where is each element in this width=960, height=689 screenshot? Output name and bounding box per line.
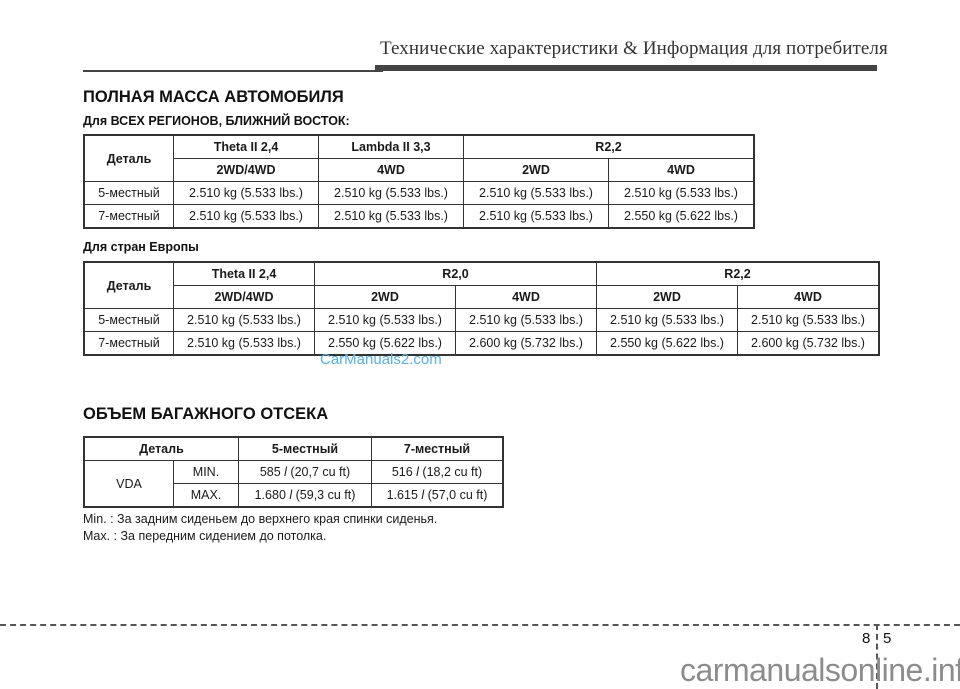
- cell-value: 2.510 kg (5.533 lbs.): [597, 309, 738, 332]
- note-max: Max. : За передним сидением до потолка.: [83, 529, 326, 543]
- drive-header: 4WD: [456, 286, 597, 309]
- column-header: 5-местный: [239, 437, 372, 461]
- drive-header: 4WD: [609, 159, 755, 182]
- table-row: VDA MIN. 585 l (20,7 cu ft) 516 l (18,2 …: [84, 461, 503, 484]
- cell-value: 585 l (20,7 cu ft): [239, 461, 372, 484]
- table-row: 7-местный 2.510 kg (5.533 lbs.) 2.510 kg…: [84, 205, 754, 229]
- cell-value: 2.510 kg (5.533 lbs.): [738, 309, 880, 332]
- drive-header: 2WD/4WD: [174, 286, 315, 309]
- weight-table-all-regions: Деталь Theta II 2,4 Lambda II 3,3 R2,2 2…: [83, 134, 755, 229]
- row-header: Деталь: [84, 437, 239, 461]
- cell-value: 516 l (18,2 cu ft): [372, 461, 504, 484]
- drive-header: 2WD/4WD: [174, 159, 319, 182]
- cell-value: 2.510 kg (5.533 lbs.): [464, 182, 609, 205]
- engine-header: Lambda II 3,3: [319, 135, 464, 159]
- row-label: 7-местный: [84, 205, 174, 229]
- cell-value: 2.510 kg (5.533 lbs.): [174, 309, 315, 332]
- row-header: Деталь: [84, 262, 174, 309]
- cell-value: 1.680 l (59,3 cu ft): [239, 484, 372, 508]
- table-row: 5-местный 2.510 kg (5.533 lbs.) 2.510 kg…: [84, 309, 879, 332]
- table1-caption: Для ВСЕХ РЕГИОНОВ, БЛИЖНИЙ ВОСТОК:: [83, 114, 350, 128]
- cell-value: 2.510 kg (5.533 lbs.): [464, 205, 609, 229]
- luggage-title: ОБЪЕМ БАГАЖНОГО ОТСЕКА: [83, 405, 328, 424]
- cell-value: 2.550 kg (5.622 lbs.): [597, 332, 738, 356]
- row-label: 5-местный: [84, 182, 174, 205]
- engine-header: R2,2: [597, 262, 880, 286]
- cell-value: 2.600 kg (5.732 lbs.): [456, 332, 597, 356]
- section-header-title: Технические характеристики & Информация …: [380, 38, 877, 60]
- engine-header: R2,0: [315, 262, 597, 286]
- table-row: 7-местный 2.510 kg (5.533 lbs.) 2.550 kg…: [84, 332, 879, 356]
- cell-value: 2.510 kg (5.533 lbs.): [174, 205, 319, 229]
- drive-header: 2WD: [464, 159, 609, 182]
- row-header: Деталь: [84, 135, 174, 182]
- drive-header: 4WD: [319, 159, 464, 182]
- note-min: Min. : За задним сиденьем до верхнего кр…: [83, 512, 437, 526]
- footer-dashed-rule: [0, 624, 960, 626]
- chapter-number: 8: [862, 630, 870, 647]
- cell-value: 2.510 kg (5.533 lbs.): [174, 332, 315, 356]
- table-row: 5-местный 2.510 kg (5.533 lbs.) 2.510 kg…: [84, 182, 754, 205]
- weight-table-europe: Деталь Theta II 2,4 R2,0 R2,2 2WD/4WD 2W…: [83, 261, 880, 356]
- row-label: MAX.: [174, 484, 239, 508]
- page-number: 5: [883, 630, 891, 647]
- cell-value: 2.510 kg (5.533 lbs.): [174, 182, 319, 205]
- cell-value: 2.510 kg (5.533 lbs.): [319, 205, 464, 229]
- cell-value: 2.510 kg (5.533 lbs.): [315, 309, 456, 332]
- cell-value: 2.510 kg (5.533 lbs.): [319, 182, 464, 205]
- cell-value: 2.510 kg (5.533 lbs.): [456, 309, 597, 332]
- drive-header: 4WD: [738, 286, 880, 309]
- row-label: 7-местный: [84, 332, 174, 356]
- cell-value: 2.510 kg (5.533 lbs.): [609, 182, 755, 205]
- engine-header: R2,2: [464, 135, 755, 159]
- cell-value: 1.615 l (57,0 cu ft): [372, 484, 504, 508]
- watermark-carmanualsonline: carmanualsonline.info: [680, 652, 960, 689]
- drive-header: 2WD: [597, 286, 738, 309]
- cell-value: 2.600 kg (5.732 lbs.): [738, 332, 880, 356]
- drive-header: 2WD: [315, 286, 456, 309]
- engine-header: Theta II 2,4: [174, 135, 319, 159]
- group-label: VDA: [84, 461, 174, 508]
- engine-header: Theta II 2,4: [174, 262, 315, 286]
- table2-caption: Для стран Европы: [83, 240, 199, 254]
- gross-weight-title: ПОЛНАЯ МАССА АВТОМОБИЛЯ: [83, 88, 344, 107]
- header-rule-thick: [375, 65, 877, 71]
- luggage-table: Деталь 5-местный 7-местный VDA MIN. 585 …: [83, 436, 504, 508]
- watermark-carmanuals2: CarManuals2.com: [320, 351, 442, 368]
- column-header: 7-местный: [372, 437, 504, 461]
- header-rule-thin: [83, 70, 383, 72]
- row-label: MIN.: [174, 461, 239, 484]
- cell-value: 2.550 kg (5.622 lbs.): [609, 205, 755, 229]
- row-label: 5-местный: [84, 309, 174, 332]
